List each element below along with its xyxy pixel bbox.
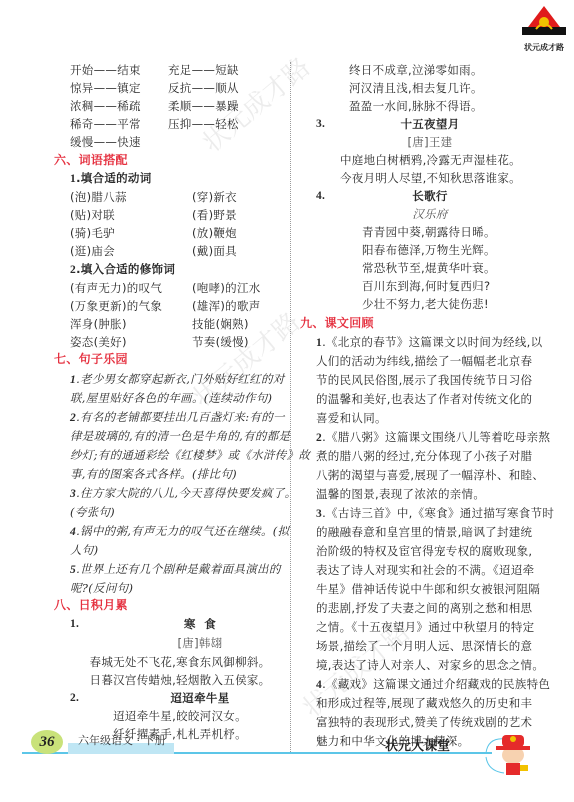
section-heading: 九、课文回顾 [300,316,374,330]
poem-line: 中庭地白树栖鸦,冷露无声湿桂花。 [340,153,521,167]
subsection-title: 2.填入合适的修饰词 [70,262,175,277]
verb-item: (放)鞭炮 [192,226,237,240]
sentence-text: 律是玻璃的,有的清一色是牛角的,有的都是 [70,429,290,443]
poem-line: 日暮汉宫传蜡烛,轻烟散入五侯家。 [70,673,290,687]
brand-emblem-icon [520,5,568,37]
review-text: .《北京的春节》这篇课文以时间为经线,以 [322,335,542,349]
sentence-text: 呢?(反问句) [70,581,133,595]
subsection-label: .填入合适的修饰词 [76,262,175,276]
sentence-text: .有名的老铺都要挂出几百盏灯来:有的一 [76,410,285,424]
poem-line: 常恐秋节至,焜黄华叶衰。 [362,261,496,275]
page-number-badge: 36 [31,730,63,754]
poem-title: 十五夜望月 [360,117,500,131]
sentence-line: 2.有名的老铺都要挂出几百盏灯来:有的一 [70,410,285,425]
section-heading: 七、句子乐园 [54,352,128,366]
antonym-pair: 柔顺——暴躁 [168,99,239,113]
review-line: 治阶级的特权及宦官得宠专权的腐败现象, [316,544,532,558]
poem-title: 长歌行 [360,189,500,203]
poem-line: 今夜月明人尽望,不知秋思落谁家。 [340,171,521,185]
verb-item: (骑)毛驴 [70,226,115,240]
modifier-item: 浑身(肿胀) [70,317,127,331]
sentence-line: 纱灯;有的通通彩绘《红楼梦》或《水浒传》故 [70,448,310,462]
review-line: 和形成过程等,展现了藏戏悠久的历史和丰 [316,696,532,710]
sentence-line: 联,屋里贴好各色的年画。(连续动作句) [70,391,272,405]
brand-logo-text: 状元成才路 [520,42,568,53]
review-line: 1.《北京的春节》这篇课文以时间为经线,以 [316,335,542,350]
sentence-text: 联,屋里贴好各色的年画。(连续动作句) [70,391,272,405]
antonym-pair: 压抑——轻松 [168,117,239,131]
sentence-line: 律是玻璃的,有的清一色是牛角的,有的都是 [70,429,290,443]
column-divider [290,62,291,752]
review-line: 之情。《十五夜望月》通过中秋望月的特定 [316,620,534,634]
verb-item: (穿)新衣 [192,190,237,204]
poem-number: 4. [316,189,325,203]
antonym-pair: 缓慢——快速 [70,135,141,149]
verb-item: (戴)面具 [192,244,237,258]
sentence-line: 1.老少男女都穿起新衣,门外贴好红红的对 [70,372,285,387]
mascot-icon [484,733,536,779]
modifier-item: (咆哮)的江水 [192,281,261,295]
sentence-text: .世界上还有几个剧种是戴着面具演出的 [76,562,281,576]
antonym-pair: 稀奇——平常 [70,117,141,131]
antonym-pair: 浓稠——稀疏 [70,99,141,113]
section-heading: 六、词语搭配 [54,153,128,167]
poem-line: 河汉清且浅,相去复几许。 [349,81,483,95]
review-line: 牛星》借神话传说中牛郎和织女被银河阻隔 [316,582,540,596]
subsection-label: .填合适的动词 [76,171,151,185]
poem-number: 1. [70,617,79,631]
sentence-text: .住方家大院的八儿,今天喜得快要发疯了。 [76,486,296,500]
review-line: 八粥的渴望与喜爱,展现了一幅淳朴、和睦、 [316,468,544,482]
sentence-line: 事,有的图案各式各样。(排比句) [70,467,237,481]
review-line: 煮的腊八粥的经过,充分体现了小孩子对腊 [316,449,532,463]
modifier-item: (雄浑)的歌声 [192,299,261,313]
sentence-line: 人句) [70,543,98,557]
section-heading: 八、日积月累 [54,598,128,612]
verb-item: (贴)对联 [70,208,115,222]
review-line: 富独特的表现形式,赞美了传统戏剧的艺术 [316,715,532,729]
review-line: 表达了诗人对现实和社会的不满。《迢迢牵 [316,563,534,577]
review-line: 的悲剧,抒发了夫妻之间的离别之愁和相思 [316,601,532,615]
poem-author: [唐]韩翃 [130,636,270,650]
poem-line: 少壮不努力,老大徒伤悲! [362,297,489,311]
poem-line: 青青园中葵,朝露待日晞。 [362,225,496,239]
modifier-item: (有声无力)的叹气 [70,281,162,295]
review-text: .《藏戏》这篇课文通过介绍藏戏的民族特色 [322,677,550,691]
review-line: 节的民风民俗图,展示了我国传统节日习俗 [316,373,532,387]
sentence-line: 3.住方家大院的八儿,今天喜得快要发疯了。 [70,486,296,501]
poem-line: 终日不成章,泣涕零如雨。 [349,63,483,77]
poem-title: 迢迢牵牛星 [130,691,270,705]
review-line: 喜爱和认同。 [316,411,387,425]
sentence-line: 5.世界上还有几个剧种是戴着面具演出的 [70,562,281,577]
sentence-line: 4.锅中的粥,有声无力的叹气还在继续。(拟 [70,524,289,539]
poem-number: 3. [316,117,325,131]
poem-line: 阳春布德泽,万物生光辉。 [362,243,496,257]
subsection-title: 1.填合适的动词 [70,171,152,186]
poem-line: 春城无处不飞花,寒食东风御柳斜。 [70,655,290,669]
review-line: 4.《藏戏》这篇课文通过介绍藏戏的民族特色 [316,677,550,692]
verb-item: (泡)腊八蒜 [70,190,127,204]
review-line: 人们的活动为纬线,描绘了一幅幅老北京春 [316,354,532,368]
poem-author: 汉乐府 [360,207,500,221]
poem-line: 迢迢牵牛星,皎皎河汉女。 [70,709,290,723]
sentence-text: 纱灯;有的通通彩绘《红楼梦》或《水浒传》故 [70,448,310,462]
verb-item: (逛)庙会 [70,244,115,258]
review-text: .《腊八粥》这篇课文围绕八儿等着吃母亲熬 [322,430,550,444]
poem-title: 寒 食 [130,617,270,631]
sentence-text: .老少男女都穿起新衣,门外贴好红红的对 [76,372,285,386]
series-brand: 状元大课堂 [385,735,450,754]
poem-line: 百川东到海,何时复西归? [362,279,490,293]
poem-number: 2. [70,691,79,705]
review-line: 3.《古诗三首》中,《寒食》通过描写寒食节时 [316,506,554,521]
modifier-item: 节奏(缓慢) [192,335,249,349]
modifier-item: 姿态(美好) [70,335,127,349]
sentence-text: 事,有的图案各式各样。(排比句) [70,467,237,481]
review-text: .《古诗三首》中,《寒食》通过描写寒食节时 [322,506,554,520]
verb-item: (看)野景 [192,208,237,222]
review-line: 的融融春意和皇宫里的情景,暗讽了封建统 [316,525,532,539]
sentence-text: 人句) [70,543,98,557]
modifier-item: (万象更新)的气象 [70,299,162,313]
antonym-pair: 开始——结束 [70,63,141,77]
sentence-line: 呢?(反问句) [70,581,133,595]
sentence-line: (夸张句) [70,505,115,519]
antonym-pair: 惊异——镇定 [70,81,141,95]
brand-logo: 状元成才路 [520,5,568,51]
sentence-text: .锅中的粥,有声无力的叹气还在继续。(拟 [76,524,289,538]
poem-line: 盈盈一水间,脉脉不得语。 [349,99,483,113]
antonym-pair: 充足——短缺 [168,63,239,77]
review-line: 的温馨和美好,也表达了作者对传统文化的 [316,392,532,406]
modifier-item: 技能(娴熟) [192,317,249,331]
poem-author: [唐]王建 [360,135,500,149]
review-line: 2.《腊八粥》这篇课文围绕八儿等着吃母亲熬 [316,430,550,445]
sentence-text: (夸张句) [70,505,115,519]
review-line: 境,表达了诗人对亲人、对家乡的思念之情。 [316,658,544,672]
book-title-text: 六年级语文 · 下册 [78,734,166,747]
review-line: 温馨的图景,表现了浓浓的亲情。 [316,487,485,501]
book-title: 六年级语文 · 下册 [68,743,174,754]
antonym-pair: 反抗——顺从 [168,81,239,95]
review-line: 场景,描绘了一个月明人远、思深情长的意 [316,639,532,653]
